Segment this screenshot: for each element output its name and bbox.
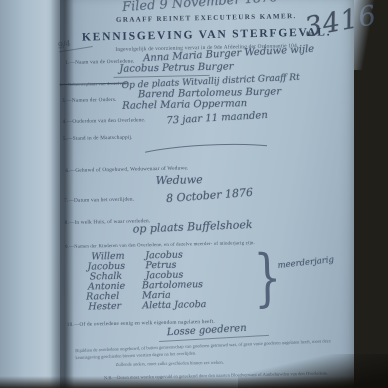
death-notice-form-page: Filed 9 November 1876 GRAAFF REINET EXEC… <box>60 0 354 388</box>
field-value-6: Weduwe <box>156 173 203 187</box>
field-value-3b: Rachel Maria Opperman <box>122 98 247 112</box>
page-edge-highlight <box>354 0 388 70</box>
field-value-7: 8 October 1876 <box>166 186 254 205</box>
child-last-5: Aletta Jacoba <box>142 299 206 311</box>
field-value-4: 73 jaar 11 maanden <box>166 110 268 127</box>
blank-dash-stroke <box>143 141 269 156</box>
brace-icon: } <box>253 240 282 314</box>
organization-name: GRAAFF REINET EXECUTEURS KAMER. <box>76 11 336 24</box>
field-value-1b: Jacobus Petrus Burger <box>119 61 233 74</box>
corner-shadow <box>238 354 388 388</box>
field-label-9: 9.—Namen der Kinderen van den Overledene… <box>65 241 255 250</box>
form-title: KENNISGEVING VAN STERFGEVAL. <box>77 26 337 43</box>
book-gutter-shadow <box>50 0 74 388</box>
children-majority-note: meerderjarig <box>277 255 334 271</box>
field-label-7: 7.—Datum van het overlijden. <box>64 197 134 204</box>
field-label-6: 6.—Gehuwd of Ongehuwd, Weduwenaar of Wed… <box>65 165 188 174</box>
form-content: Filed 9 November 1876 GRAAFF REINET EXEC… <box>56 0 358 388</box>
field-label-4: 4.—Ouderdom van den Overledene. <box>62 117 145 125</box>
photographed-register-page: Filed 9 November 1876 GRAAFF REINET EXEC… <box>0 0 388 388</box>
child-first-5: Hester <box>88 301 121 313</box>
